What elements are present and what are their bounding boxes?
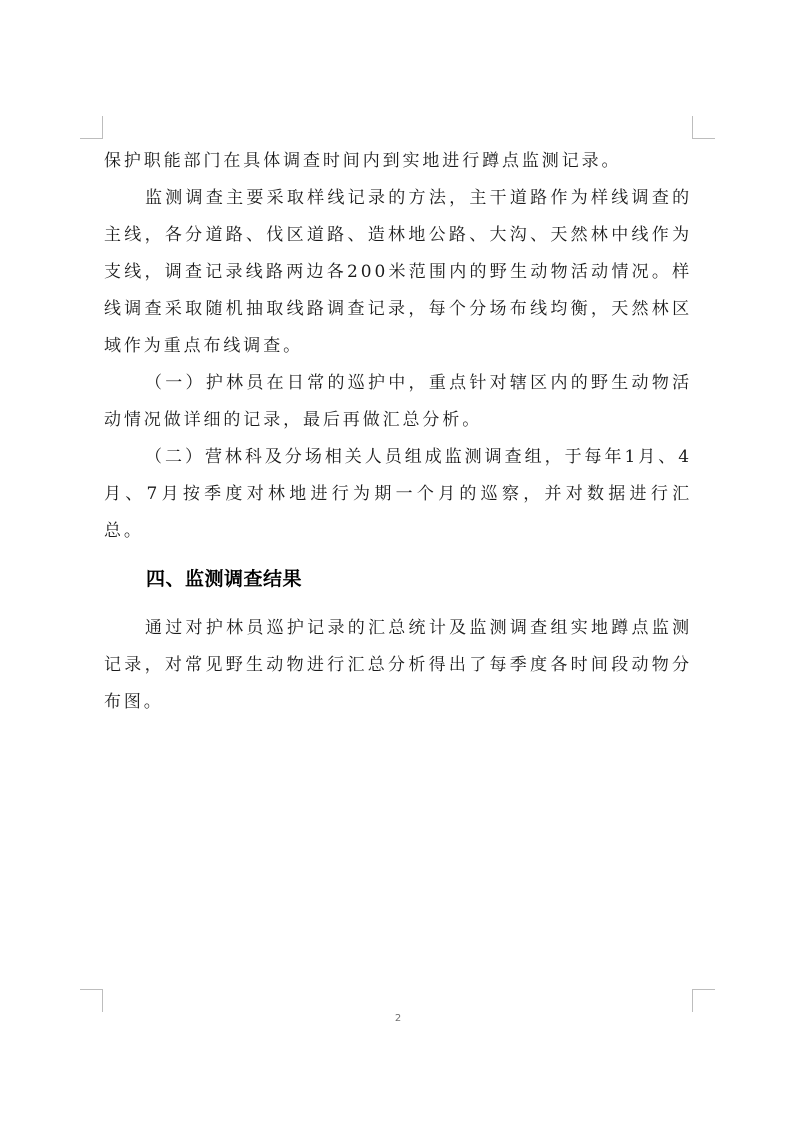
paragraph-results: 通过对护林员巡护记录的汇总统计及监测调查组实地蹲点监测记录，对常见野生动物进行汇…: [104, 610, 692, 721]
crop-mark-bottom-left: [80, 989, 103, 1012]
document-body: 保护职能部门在具体调查时间内到实地进行蹲点监测记录。 监测调查主要采取样线记录的…: [104, 143, 692, 721]
paragraph-survey-method: 监测调查主要采取样线记录的方法，主干道路作为样线调查的主线，各分道路、伐区道路、…: [104, 180, 692, 365]
paragraph-continued: 保护职能部门在具体调查时间内到实地进行蹲点监测记录。: [104, 143, 692, 180]
section-heading: 四、监测调查结果: [104, 550, 692, 610]
page-number: 2: [392, 1013, 404, 1024]
paragraph-item-one: （一）护林员在日常的巡护中，重点针对辖区内的野生动物活动情况做详细的记录，最后再…: [104, 365, 692, 439]
document-page: 保护职能部门在具体调查时间内到实地进行蹲点监测记录。 监测调查主要采取样线记录的…: [0, 0, 792, 1123]
crop-mark-top-right: [692, 116, 715, 139]
crop-mark-top-left: [80, 116, 103, 139]
paragraph-item-two: （二）营林科及分场相关人员组成监测调查组，于每年1月、4月、7月按季度对林地进行…: [104, 439, 692, 550]
crop-mark-bottom-right: [692, 989, 715, 1012]
